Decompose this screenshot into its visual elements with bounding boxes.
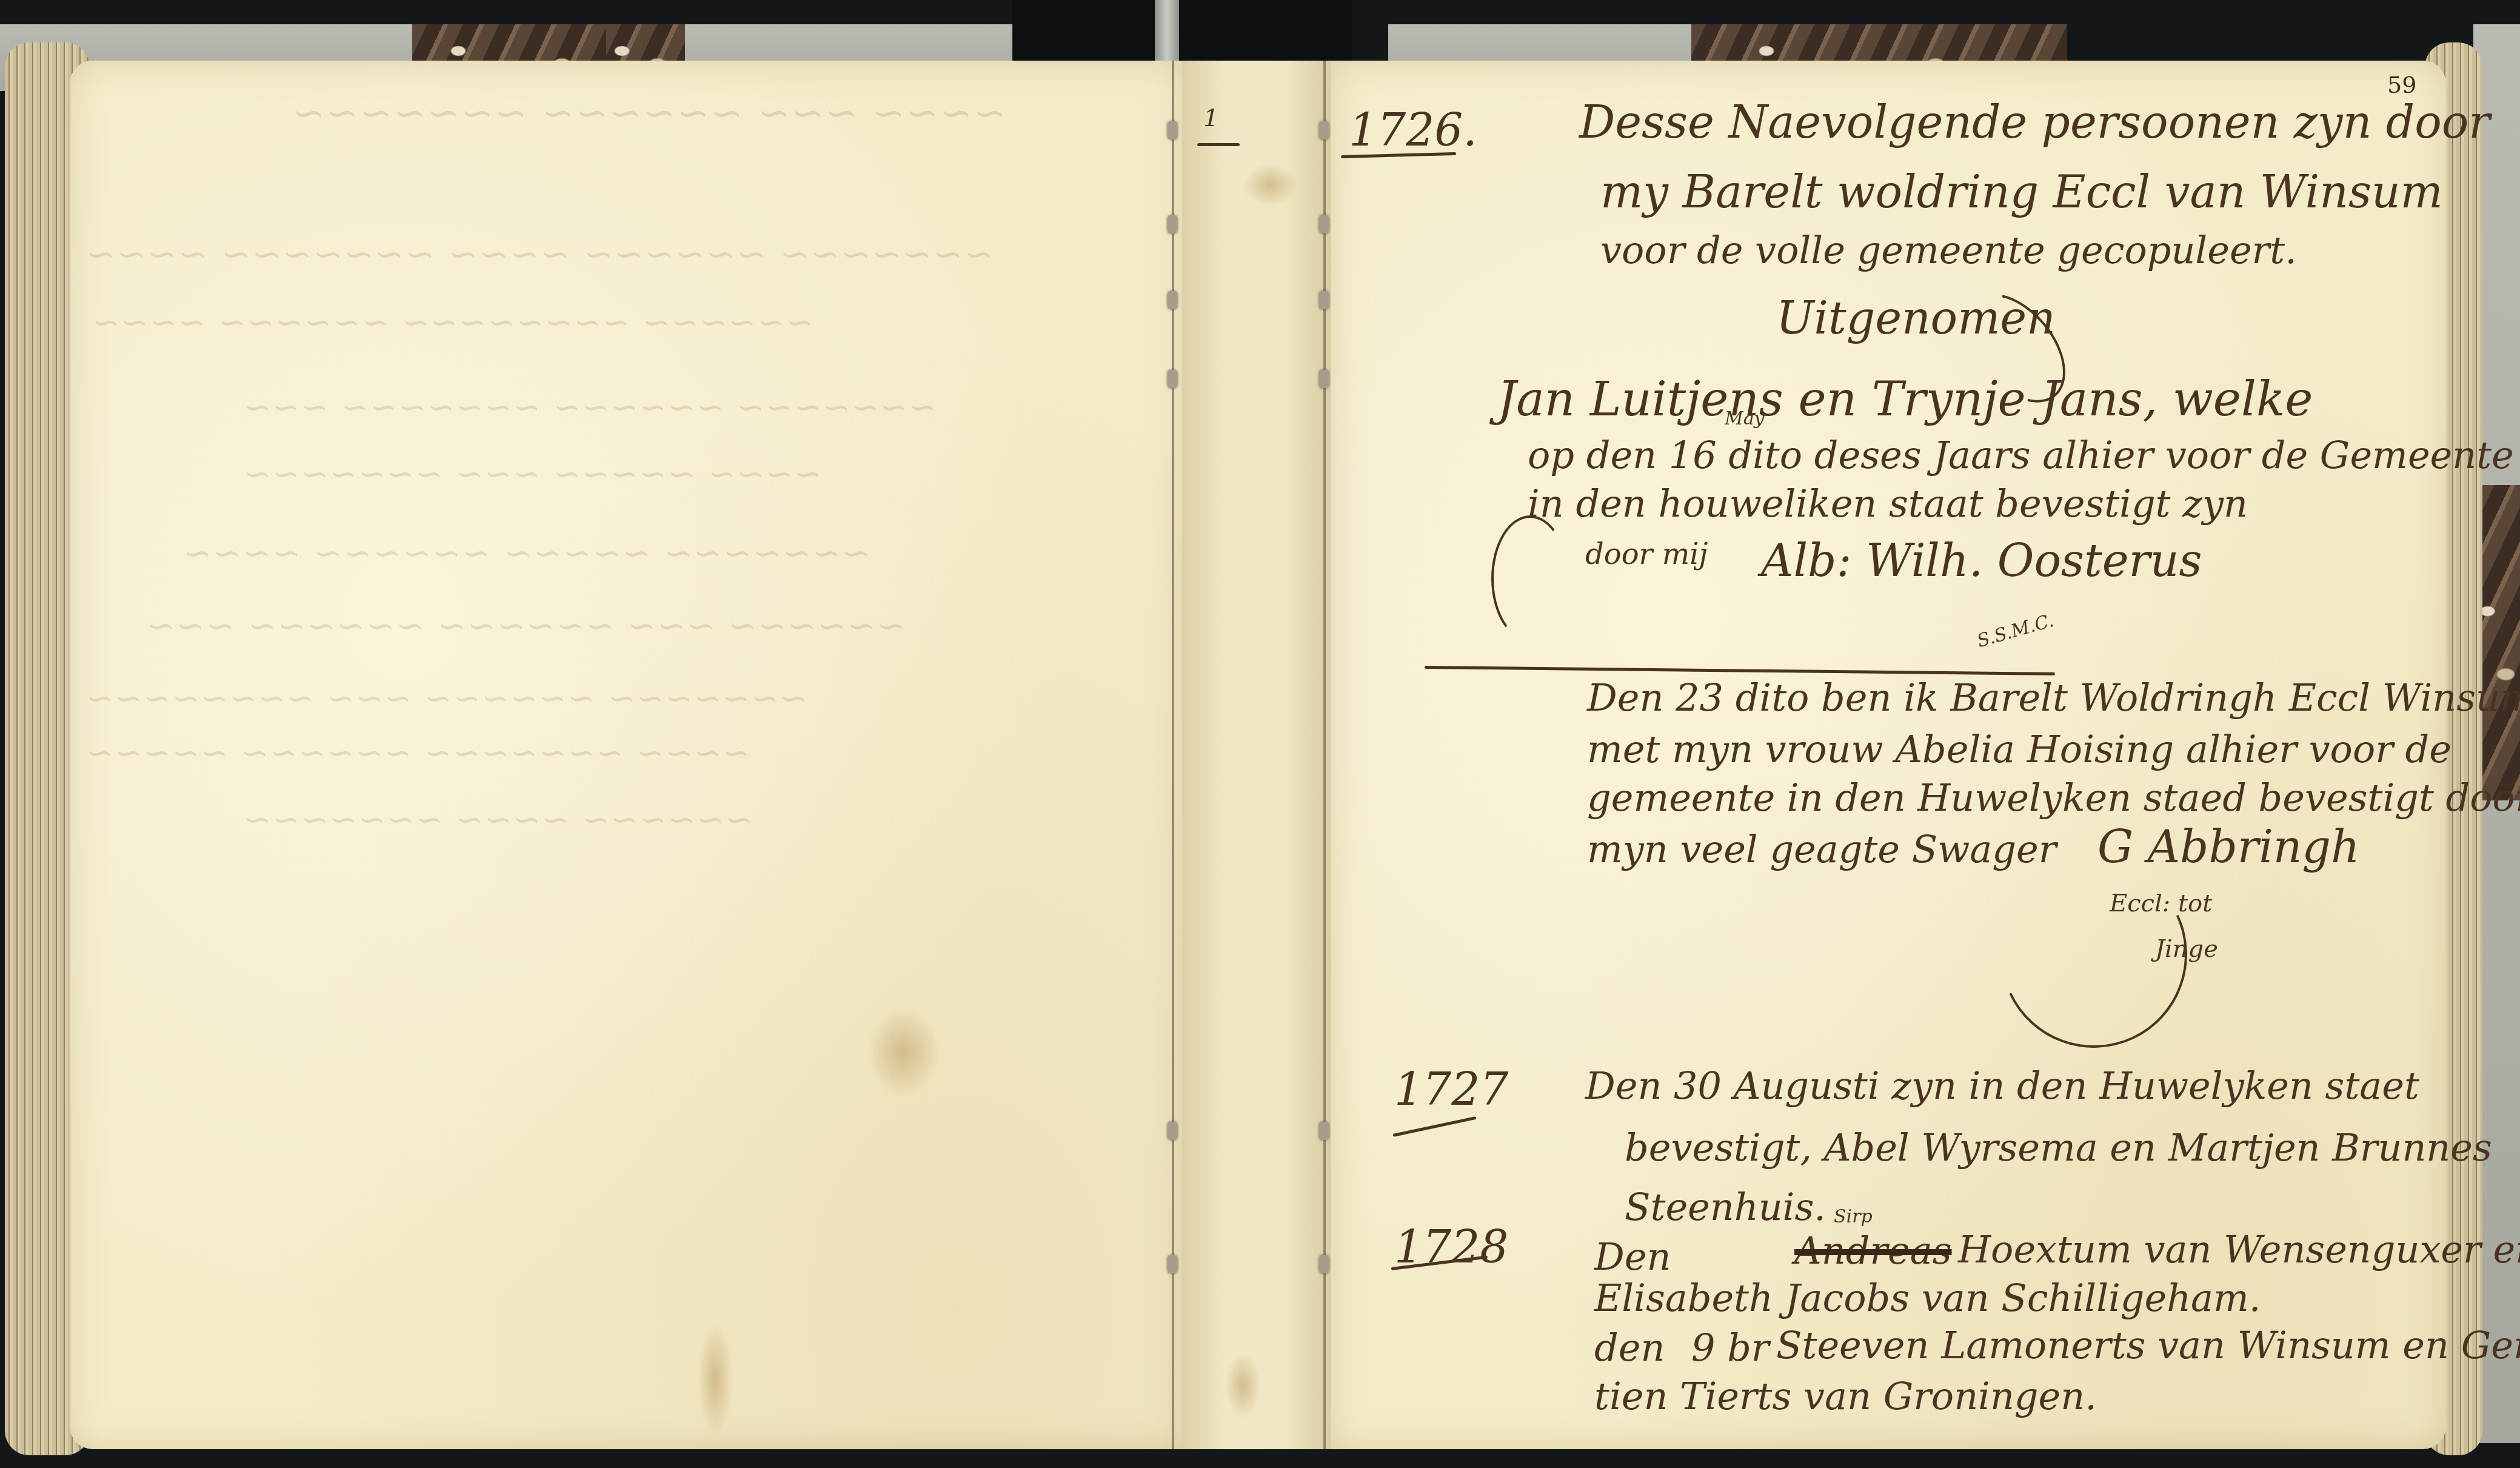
- heading-line-1: Desse Naevolgende persoonen zyn door: [1579, 100, 2490, 145]
- exception-signature: Alb: Wilh. Oosterus: [1761, 538, 2202, 583]
- binding-stitch: [1319, 1255, 1329, 1273]
- binding-stitch: [1319, 370, 1329, 388]
- bleed-through-line: ~~~~~~~ ~~~~~~ ~~~~ ~~~~~~~ ~~~~: [85, 233, 993, 275]
- bleed-through-line: ~~~~~~~ ~~~~~~ ~~~~~~~ ~~~: [242, 388, 936, 426]
- gutter-seam-2: [1323, 61, 1326, 1449]
- bleed-through-line: ~~~~~~~ ~~~~~~ ~~~ ~~~~~~~~: [85, 679, 807, 717]
- entry-1728-date-abbrev: 9 br: [1691, 1329, 1769, 1367]
- heading-line-3: voor de volle gemeente gecopuleert.: [1600, 232, 2297, 269]
- bleed-through-line: ~~~~ ~~~~~~~ ~~~~~~ ~~~~~: [85, 734, 750, 772]
- entry-1728-line-3-rest: Steeven Lamonerts van Winsum en Geraan-: [1776, 1327, 2520, 1364]
- binding-stitch: [1319, 291, 1329, 309]
- foxing-stain: [1225, 1352, 1261, 1419]
- binding-stitch: [1168, 1122, 1177, 1140]
- bleed-through-line: ~~~~ ~~~~~ ~~~ ~~~~~~~: [242, 455, 821, 493]
- marbled-cover-right-edge: [2479, 485, 2520, 800]
- bleed-through-line: ~~~~~~~ ~~~~~ ~~~~~~ ~~~~: [182, 534, 871, 573]
- entry-1728-prefix: Den: [1594, 1238, 1671, 1276]
- binding-stitch: [1319, 121, 1329, 139]
- entry-1727-line-1: Den 30 Augusti zyn in den Huwelyken stae…: [1585, 1067, 2419, 1105]
- heading-line-2: my Barelt woldring Eccl van Winsum: [1600, 170, 2443, 215]
- entry-1726-line-3: gemeente in den Huwelyken staed bevestig…: [1587, 779, 2520, 817]
- binding-stitch: [1168, 370, 1177, 388]
- binding-stitch: [1168, 215, 1177, 233]
- folio-number: 59: [2387, 72, 2416, 98]
- entry-1728-line-1-rest: Hoextum van Wensenguxer en: [1958, 1231, 2520, 1269]
- binding-stitch: [1168, 291, 1177, 309]
- bleed-through-line: ~~~~~~ ~~~ ~~~~~~ ~~~~~~ ~~~: [145, 606, 905, 646]
- binding-stitch: [1168, 1255, 1177, 1273]
- gutter-left: [1182, 61, 1331, 1449]
- flourish-ornament: [1491, 515, 1569, 642]
- left-margin-rule: [1197, 143, 1240, 146]
- entry-1726-line-2: met myn vrouw Abelia Hoising alhier voor…: [1587, 731, 2451, 768]
- exception-line-3: in den houweliken staat bevestigt zyn: [1528, 485, 2248, 523]
- entry-1728-line-3-prefix: den: [1594, 1329, 1665, 1367]
- gutter-seam-1: [1172, 61, 1174, 1449]
- entry-1726-line-1: Den 23 dito ben ik Barelt Woldringh Eccl…: [1587, 679, 2520, 717]
- entry-1726-line-4: myn veel geagte Swager: [1587, 831, 2056, 868]
- left-margin-fragment: 1: [1203, 106, 1218, 130]
- entry-1728-line-2: Elisabeth Jacobs van Schilligeham.: [1594, 1279, 2261, 1317]
- binding-stitch: [1319, 215, 1329, 233]
- foxing-stain: [697, 1322, 734, 1437]
- binding-stitch: [1168, 121, 1177, 139]
- exception-line-2: op den 16 dito deses Jaars alhier voor d…: [1528, 437, 2514, 474]
- margin-year-1727: 1727: [1394, 1067, 1508, 1112]
- correction-above: Sirp: [1834, 1208, 1873, 1226]
- margin-year-1728: 1728: [1394, 1225, 1508, 1270]
- exception-line-1: Jan Luitjens en Trynje Jans, welke: [1497, 376, 2313, 423]
- bleed-through-line: ~~~~~~ ~~~~~~~~ ~~~~~~ ~~~~: [91, 303, 813, 341]
- entry-1727-line-3: Steenhuis.: [1625, 1188, 1826, 1226]
- margin-year-1726: 1726.: [1349, 108, 1477, 153]
- interlinear-insertion: May: [1725, 410, 1765, 428]
- bleed-through-line: ~~~~ ~~~ ~~~~~~ ~~~~~~~: [291, 91, 1006, 136]
- entry-1726-signature: G Abbringh: [2097, 825, 2360, 870]
- foxing-stain: [1243, 164, 1297, 206]
- bleed-through-line: ~~~~~~ ~~~~ ~~~~~~~: [242, 800, 753, 839]
- entry-1727-line-2: bevestigt, Abel Wyrsema en Martjen Brunn…: [1625, 1129, 2492, 1167]
- struck-through-word: Andreas: [1794, 1232, 1952, 1270]
- entry-1728-line-4: tien Tierts van Groningen.: [1594, 1378, 2097, 1415]
- exception-line-4: door mij: [1585, 540, 1708, 569]
- binding-stitch: [1319, 1122, 1329, 1140]
- foxing-stain: [867, 1007, 940, 1098]
